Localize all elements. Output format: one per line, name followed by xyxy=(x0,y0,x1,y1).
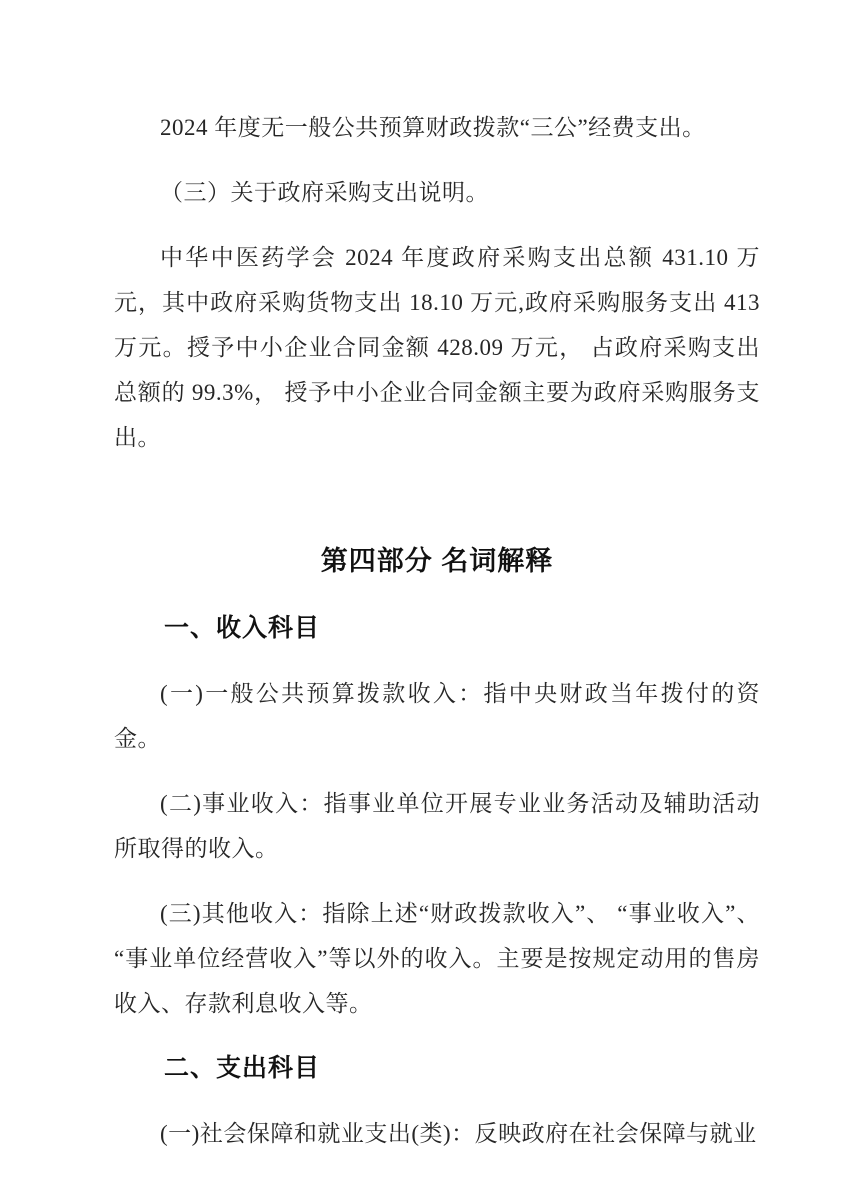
glossary-item-business-income: (二)事业收入：指事业单位开展专业业务活动及辅助活动所取得的收入。 xyxy=(114,781,760,871)
glossary-item-general-public-budget-income: (一)一般公共预算拨款收入：指中央财政当年拨付的资金。 xyxy=(114,671,760,761)
paragraph-no-three-public-expense: 2024 年度无一般公共预算财政拨款“三公”经费支出。 xyxy=(114,105,760,150)
section-title-part4-glossary: 第四部分 名词解释 xyxy=(114,536,760,586)
paragraph-procurement-detail: 中华中医药学会 2024 年度政府采购支出总额 431.10 万元，其中政府采购… xyxy=(114,235,760,460)
subsection-title-expense-items: 二、支出科目 xyxy=(114,1046,760,1091)
document-page: 2024 年度无一般公共预算财政拨款“三公”经费支出。 （三）关于政府采购支出说… xyxy=(0,0,848,1200)
subsection-title-income-items: 一、收入科目 xyxy=(114,606,760,651)
paragraph-procurement-note-title: （三）关于政府采购支出说明。 xyxy=(114,170,760,215)
glossary-item-other-income: (三)其他收入：指除上述“财政拨款收入”、 “事业收入”、 “事业单位经营收入”… xyxy=(114,891,760,1026)
glossary-item-social-security-expense: (一)社会保障和就业支出(类)：反映政府在社会保障与就业 xyxy=(114,1111,760,1156)
